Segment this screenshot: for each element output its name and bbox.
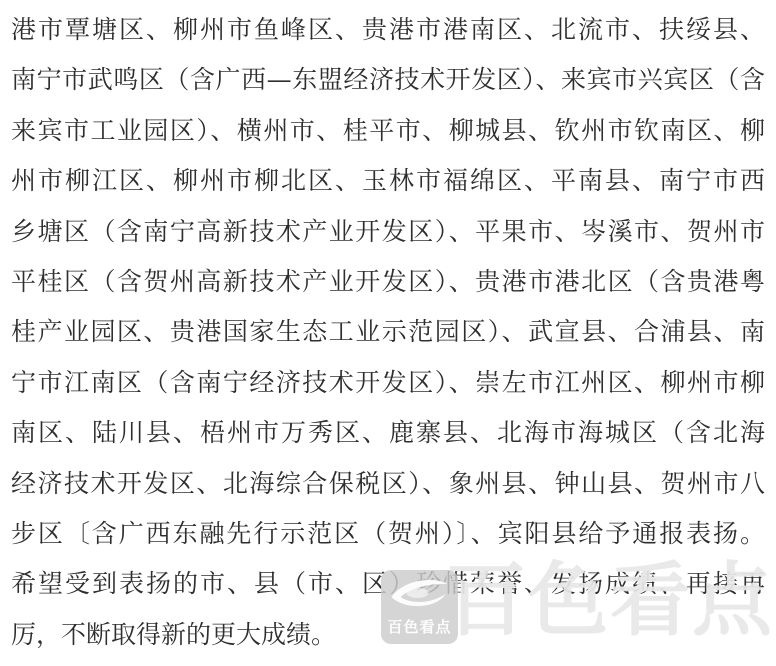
text-line: 希望受到表扬的市、县（市、区）珍惜荣誉、发扬成绩、再接再 <box>11 559 765 609</box>
text-line: 港市覃塘区、柳州市鱼峰区、贵港市港南区、北流市、扶绥县、 <box>11 5 765 55</box>
text-line: 南宁市武鸣区（含广西—东盟经济技术开发区）、来宾市兴宾区（含 <box>11 55 765 105</box>
text-line: 来宾市工业园区）、横州市、桂平市、柳城县、钦州市钦南区、柳 <box>11 106 765 156</box>
text-line: 州市柳江区、柳州市柳北区、玉林市福绵区、平南县、南宁市西 <box>11 156 765 206</box>
text-line: 乡塘区（含南宁高新技术产业开发区）、平果市、岑溪市、贺州市 <box>11 207 765 257</box>
text-line: 经济技术开发区、北海综合保税区）、象州县、钟山县、贺州市八 <box>11 459 765 509</box>
text-line: 厉，不断取得新的更大成绩。 <box>11 610 765 660</box>
text-line: 桂产业园区、贵港国家生态工业示范园区）、武宣县、合浦县、南 <box>11 307 765 357</box>
text-line: 南区、陆川县、梧州市万秀区、鹿寨县、北海市海城区（含北海 <box>11 408 765 458</box>
text-line: 平桂区（含贺州高新技术产业开发区）、贵港市港北区（含贵港粤 <box>11 257 765 307</box>
text-line: 步区〔含广西东融先行示范区（贺州）〕、宾阳县给予通报表扬。 <box>11 509 765 559</box>
document-text: 港市覃塘区、柳州市鱼峰区、贵港市港南区、北流市、扶绥县、 南宁市武鸣区（含广西—… <box>11 5 765 660</box>
text-line: 宁市江南区（含南宁经济技术开发区）、崇左市江州区、柳州市柳 <box>11 358 765 408</box>
